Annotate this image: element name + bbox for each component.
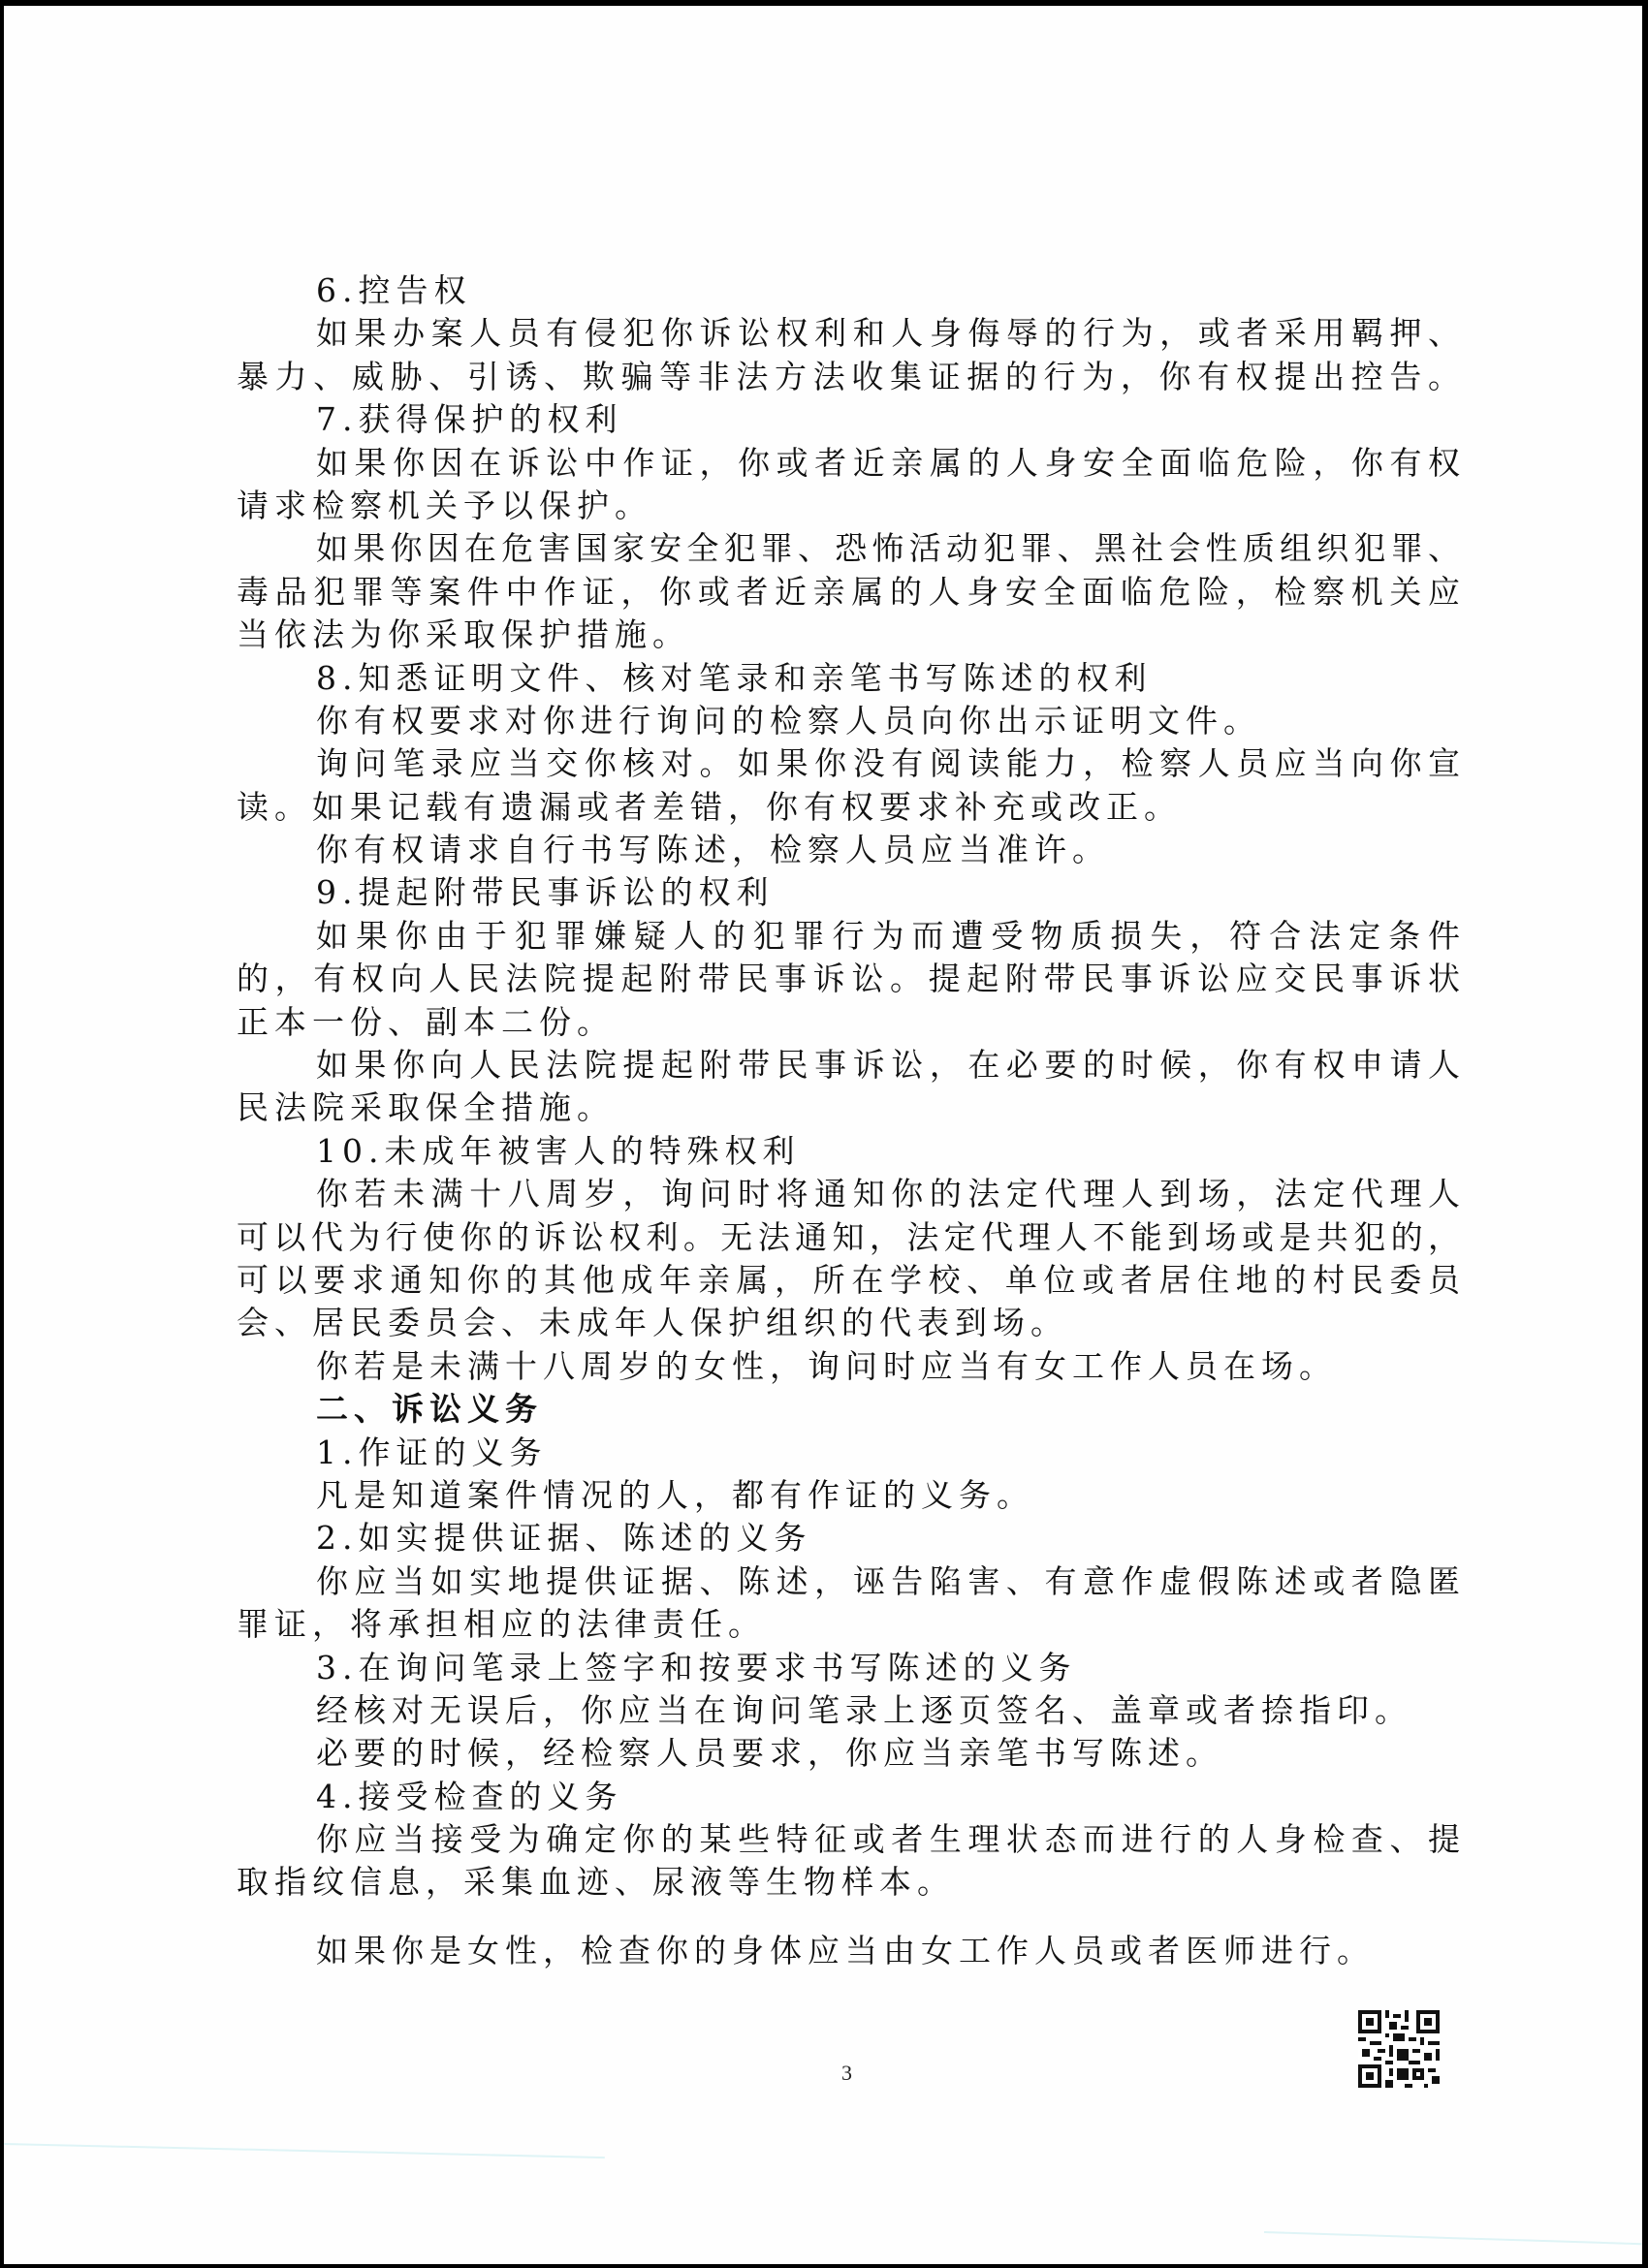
paragraph-line: 如果你由于犯罪嫌疑人的犯罪行为而遭受物质损失，符合法定条件 bbox=[237, 915, 1460, 958]
paragraph-line: 的，有权向人民法院提起附带民事诉讼。提起附带民事诉讼应交民事诉状 bbox=[237, 958, 1460, 1000]
heading-truthful-evidence-obligation: 2.如实提供证据、陈述的义务 bbox=[237, 1517, 1460, 1559]
paragraph-line: 必要的时候，经检察人员要求，你应当亲笔书写陈述。 bbox=[237, 1732, 1460, 1775]
paragraph-line: 你若未满十八周岁，询问时将通知你的法定代理人到场，法定代理人 bbox=[237, 1173, 1460, 1215]
heading-complaint-right: 6.控告权 bbox=[237, 269, 1460, 312]
paragraph-line: 询问笔录应当交你核对。如果你没有阅读能力，检察人员应当向你宣 bbox=[237, 742, 1460, 785]
paragraph-line: 你有权要求对你进行询问的检察人员向你出示证明文件。 bbox=[237, 700, 1460, 742]
heading-protection-right: 7.获得保护的权利 bbox=[237, 398, 1460, 441]
heading-minor-victim-rights: 10.未成年被害人的特殊权利 bbox=[237, 1130, 1460, 1173]
paragraph-line: 可以要求通知你的其他成年亲属，所在学校、单位或者居住地的村民委员 bbox=[237, 1259, 1460, 1302]
qr-code-icon bbox=[1358, 2010, 1440, 2088]
paragraph-line: 罪证，将承担相应的法律责任。 bbox=[237, 1603, 1460, 1646]
paragraph-line: 如果办案人员有侵犯你诉讼权利和人身侮辱的行为，或者采用羁押、 bbox=[237, 312, 1460, 355]
scan-artifact-line bbox=[1264, 2231, 1642, 2245]
paragraph-line: 你有权请求自行书写陈述，检察人员应当准许。 bbox=[237, 829, 1460, 871]
page-number: 3 bbox=[841, 2061, 852, 2086]
heading-testify-obligation: 1.作证的义务 bbox=[237, 1432, 1460, 1474]
paragraph-line: 暴力、威胁、引诱、欺骗等非法方法收集证据的行为，你有权提出控告。 bbox=[237, 356, 1460, 398]
paragraph-line: 会、居民委员会、未成年人保护组织的代表到场。 bbox=[237, 1302, 1460, 1344]
paragraph-line: 经核对无误后，你应当在询问笔录上逐页签名、盖章或者捺指印。 bbox=[237, 1689, 1460, 1732]
heading-sign-record-obligation: 3.在询问笔录上签字和按要求书写陈述的义务 bbox=[237, 1647, 1460, 1689]
paragraph-line: 你应当接受为确定你的某些特征或者生理状态而进行的人身检查、提 bbox=[237, 1818, 1460, 1861]
document-body: 6.控告权 如果办案人员有侵犯你诉讼权利和人身侮辱的行为，或者采用羁押、 暴力、… bbox=[237, 269, 1460, 1972]
paragraph-line: 如果你向人民法院提起附带民事诉讼，在必要的时候，你有权申请人 bbox=[237, 1044, 1460, 1087]
paragraph-line: 请求检察机关予以保护。 bbox=[237, 485, 1460, 527]
paragraph-gap bbox=[237, 1905, 1460, 1930]
paragraph-line: 如果你因在危害国家安全犯罪、恐怖活动犯罪、黑社会性质组织犯罪、 bbox=[237, 527, 1460, 570]
scan-artifact-line bbox=[4, 2143, 605, 2158]
paragraph-line: 如果你是女性，检查你的身体应当由女工作人员或者医师进行。 bbox=[237, 1930, 1460, 1972]
paragraph-line: 可以代为行使你的诉讼权利。无法通知，法定代理人不能到场或是共犯的， bbox=[237, 1216, 1460, 1259]
section-heading-litigation-obligations: 二、诉讼义务 bbox=[237, 1388, 1460, 1431]
heading-civil-action-right: 9.提起附带民事诉讼的权利 bbox=[237, 871, 1460, 914]
heading-document-verification-right: 8.知悉证明文件、核对笔录和亲笔书写陈述的权利 bbox=[237, 657, 1460, 700]
paragraph-line: 民法院采取保全措施。 bbox=[237, 1087, 1460, 1129]
paragraph-line: 读。如果记载有遗漏或者差错，你有权要求补充或改正。 bbox=[237, 786, 1460, 829]
paragraph-line: 当依法为你采取保护措施。 bbox=[237, 614, 1460, 656]
paragraph-line: 取指纹信息，采集血迹、尿液等生物样本。 bbox=[237, 1861, 1460, 1904]
paragraph-line: 你应当如实地提供证据、陈述，诬告陷害、有意作虚假陈述或者隐匿 bbox=[237, 1560, 1460, 1603]
paragraph-line: 凡是知道案件情况的人，都有作证的义务。 bbox=[237, 1474, 1460, 1517]
paragraph-line: 如果你因在诉讼中作证，你或者近亲属的人身安全面临危险，你有权 bbox=[237, 442, 1460, 485]
paragraph-line: 你若是未满十八周岁的女性，询问时应当有女工作人员在场。 bbox=[237, 1345, 1460, 1388]
paragraph-line: 正本一份、副本二份。 bbox=[237, 1001, 1460, 1044]
paragraph-line: 毒品犯罪等案件中作证，你或者近亲属的人身安全面临危险，检察机关应 bbox=[237, 571, 1460, 614]
heading-inspection-obligation: 4.接受检查的义务 bbox=[237, 1776, 1460, 1818]
scanned-page: 6.控告权 如果办案人员有侵犯你诉讼权利和人身侮辱的行为，或者采用羁押、 暴力、… bbox=[4, 6, 1642, 2264]
